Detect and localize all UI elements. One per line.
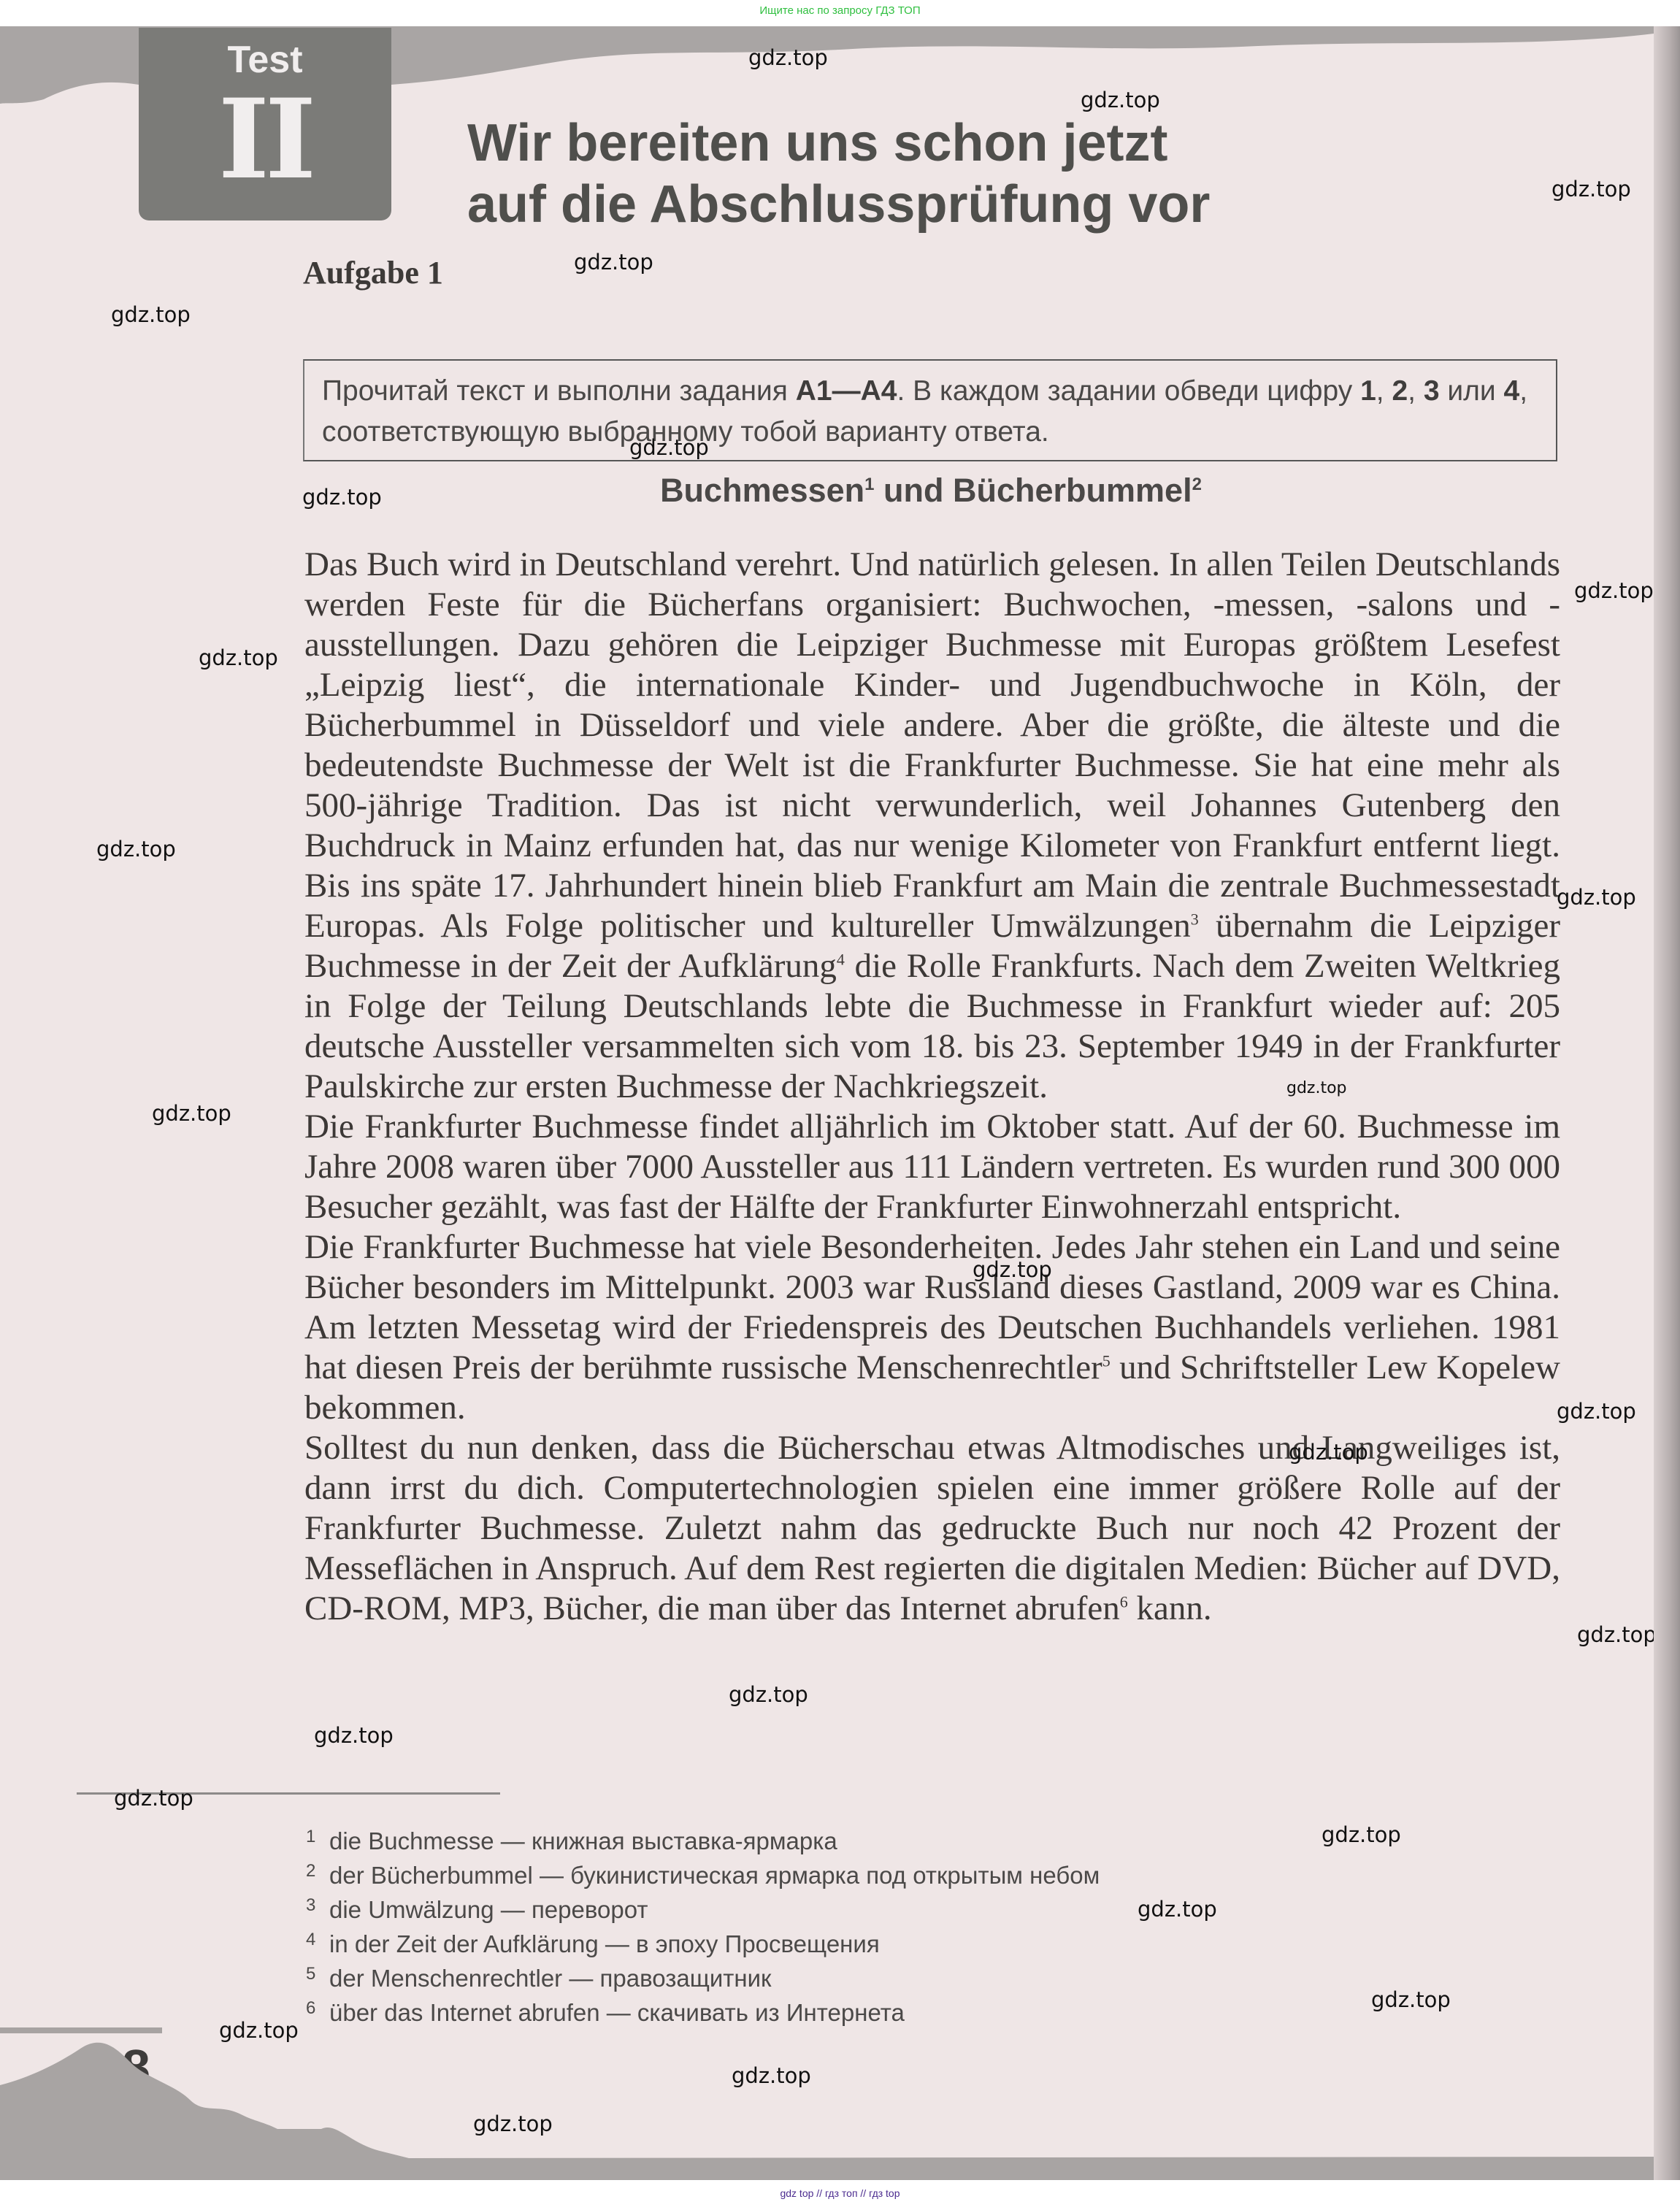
reading-text: Das Buch wird in Deutschland verehrt. Un…: [304, 545, 1560, 1629]
task-label: Aufgabe 1: [303, 254, 443, 291]
torn-paper-footer-decoration: [0, 2034, 1654, 2180]
separator: ,: [1376, 375, 1392, 407]
footnote-number: 1: [306, 1819, 315, 1854]
watermark: gdz.top: [574, 250, 653, 275]
watermark: gdz.top: [1322, 1822, 1401, 1847]
footnote-item: 6über das Internet abrufen — скачивать и…: [303, 1995, 1100, 2030]
footnote-ref: 5: [1102, 1351, 1111, 1370]
paragraph-text: Solltest du nun denken, dass die Büchers…: [304, 1429, 1560, 1627]
footnote-text: über das Internet abrufen — скачивать из…: [329, 1999, 905, 2026]
footnote-ref: 3: [1191, 910, 1199, 928]
paragraph-text: Das Buch wird in Deutschland verehrt. Un…: [304, 545, 1560, 945]
watermark: gdz.top: [973, 1257, 1052, 1282]
footnote-item: 3die Umwälzung — переворот: [303, 1892, 1100, 1927]
textbook-page: Test II Wir bereiten uns schon jetzt auf…: [0, 26, 1654, 2180]
watermark: gdz.top: [473, 2111, 553, 2136]
footnote-item: 1die Buchmesse — книжная выставка-ярмарк…: [303, 1824, 1100, 1858]
top-banner: Ищите нас по запросу ГДЗ ТОП: [0, 0, 1680, 26]
watermark: gdz.top: [1081, 88, 1160, 112]
watermark: gdz.top: [1557, 885, 1636, 910]
footnote-item: 2der Bücherbummel — букинистическая ярма…: [303, 1858, 1100, 1892]
heading-text: Buchmessen: [660, 472, 864, 509]
footnote-ref: 6: [1120, 1592, 1128, 1611]
watermark: gdz.top: [1577, 1622, 1654, 1647]
footnote-ref: 2: [1192, 475, 1202, 494]
footnote-ref: 4: [837, 950, 845, 968]
watermark: gdz.top: [152, 1101, 231, 1126]
bottom-banner: gdz top // гдз топ // гдз top: [0, 2180, 1680, 2210]
watermark: gdz.top: [732, 2063, 811, 2088]
instruction-range: A1—A4: [796, 375, 897, 407]
page-number-rule: [0, 2027, 162, 2033]
footnote-text: in der Zeit der Aufklärung — в эпоху Про…: [329, 1930, 880, 1957]
footnote-item: 5der Menschenrechtler — правозащитник: [303, 1961, 1100, 1995]
bottom-banner-text: gdz top // гдз топ // гдз top: [780, 2187, 900, 2199]
watermark: gdz.top: [1574, 578, 1654, 603]
paragraph-3: Die Frankfurter Buchmesse hat viele Beso…: [304, 1227, 1560, 1428]
watermark: gdz.top: [114, 1786, 193, 1811]
watermark: gdz.top: [219, 2018, 299, 2043]
separator: или: [1440, 375, 1504, 407]
footnote-text: die Umwälzung — переворот: [329, 1896, 648, 1923]
footnote-text: der Menschenrechtler — правозащитник: [329, 1965, 772, 1992]
watermark: gdz.top: [111, 302, 191, 327]
watermark: gdz.top: [1289, 1440, 1368, 1465]
separator: ,: [1408, 375, 1424, 407]
footnote-text: der Bücherbummel — букинистическая ярмар…: [329, 1862, 1100, 1889]
watermark: gdz.top: [1286, 1079, 1347, 1097]
option-number: 1: [1360, 375, 1376, 407]
watermark: gdz.top: [96, 837, 176, 862]
footnote-number: 2: [306, 1854, 315, 1888]
test-number: II: [139, 85, 391, 194]
instruction-box: Прочитай текст и выполни задания A1—A4. …: [303, 359, 1557, 461]
footnote-number: 5: [306, 1957, 315, 1991]
watermark: gdz.top: [729, 1682, 808, 1707]
footnote-item: 4in der Zeit der Aufklärung — в эпоху Пр…: [303, 1927, 1100, 1961]
paragraph-4: Solltest du nun denken, dass die Büchers…: [304, 1428, 1560, 1629]
footnote-ref: 1: [864, 475, 874, 494]
option-number: 4: [1504, 375, 1520, 407]
paragraph-2: Die Frankfurter Buchmesse findet alljähr…: [304, 1107, 1560, 1227]
watermark: gdz.top: [1138, 1897, 1217, 1922]
watermark: gdz.top: [1551, 177, 1631, 202]
book-spine-shadow: [1654, 26, 1680, 2180]
footnote-number: 6: [306, 1991, 315, 2025]
paragraph-text: kann.: [1128, 1589, 1212, 1627]
top-banner-text: Ищите нас по запросу ГДЗ ТОП: [759, 4, 920, 17]
page-title: Wir bereiten uns schon jetzt auf die Abs…: [467, 112, 1210, 235]
instruction-text: Прочитай текст и выполни задания: [322, 375, 796, 407]
paragraph-1: Das Buch wird in Deutschland verehrt. Un…: [304, 545, 1560, 1107]
watermark: gdz.top: [314, 1723, 394, 1748]
option-number: 2: [1392, 375, 1408, 407]
page-title-line2: auf die Abschlussprüfung vor: [467, 174, 1210, 235]
heading-text: und Bücherbummel: [875, 472, 1192, 509]
footnote-number: 4: [306, 1922, 315, 1957]
page-title-line1: Wir bereiten uns schon jetzt: [467, 112, 1210, 174]
watermark: gdz.top: [1371, 1987, 1451, 2012]
watermark: gdz.top: [629, 435, 709, 460]
test-badge: Test II: [139, 28, 391, 220]
footnote-text: die Buchmesse — книжная выставка-ярмарка: [329, 1827, 837, 1854]
watermark: gdz.top: [748, 45, 828, 70]
watermark: gdz.top: [199, 645, 278, 670]
footnote-number: 3: [306, 1888, 315, 1922]
watermark: gdz.top: [1557, 1399, 1636, 1424]
text-heading: Buchmessen1 und Bücherbummel2: [303, 472, 1559, 510]
option-number: 3: [1424, 375, 1440, 407]
instruction-text: . В каждом задании обведи цифру: [897, 375, 1360, 407]
footnotes: 1die Buchmesse — книжная выставка-ярмарк…: [303, 1824, 1100, 2030]
watermark: gdz.top: [302, 485, 382, 510]
